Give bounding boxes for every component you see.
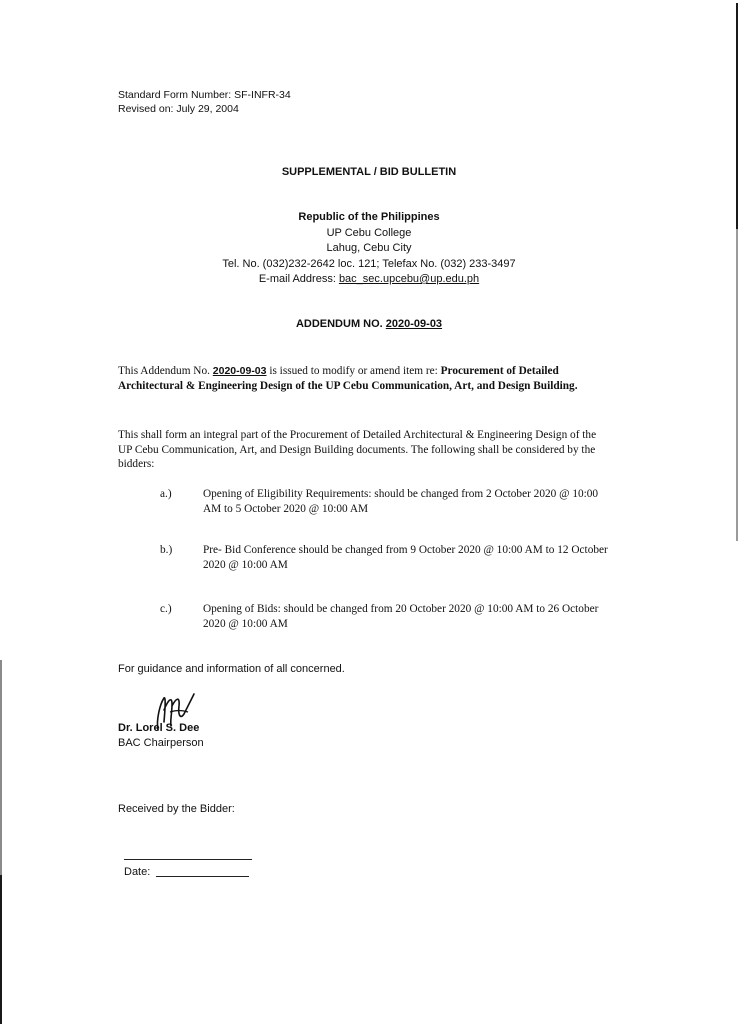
list-marker: a.)	[160, 487, 172, 502]
list-item-text: Opening of Bids: should be changed from …	[203, 602, 613, 631]
addendum-number: 2020-09-03	[386, 318, 442, 330]
agency-phone: Tel. No. (032)232-2642 loc. 121; Telefax…	[0, 257, 738, 273]
signatory-name: Dr. Lorel S. Dee	[118, 721, 204, 736]
date-line	[156, 876, 249, 877]
bulletin-title: SUPPLEMENTAL / BID BULLETIN	[0, 166, 738, 178]
list-item-text: Opening of Eligibility Requirements: sho…	[203, 487, 613, 516]
integral-part-paragraph: This shall form an integral part of the …	[118, 428, 608, 472]
paragraph1-lead: This Addendum No.	[118, 365, 213, 377]
list-item-text: Pre- Bid Conference should be changed fr…	[203, 543, 613, 572]
addendum-title: ADDENDUM NO. 2020-09-03	[0, 318, 738, 330]
received-by-label: Received by the Bidder:	[118, 803, 235, 815]
paragraph1-middle: is issued to modify or amend item re:	[267, 365, 441, 377]
agency-header: Republic of the Philippines UP Cebu Coll…	[0, 210, 738, 288]
paragraph1-addendum-number: 2020-09-03	[213, 365, 267, 377]
signatory-block: Dr. Lorel S. Dee BAC Chairperson	[118, 721, 204, 751]
date-label: Date:	[124, 866, 150, 878]
bidder-signature-line	[124, 859, 252, 860]
addendum-title-prefix: ADDENDUM NO.	[296, 318, 386, 330]
email-link[interactable]: bac_sec.upcebu@up.edu.ph	[339, 273, 479, 285]
agency-institution: UP Cebu College	[0, 226, 738, 242]
form-metadata: Standard Form Number: SF-INFR-34 Revised…	[118, 88, 291, 116]
list-marker: b.)	[160, 543, 172, 558]
scan-edge-left-light	[0, 660, 2, 875]
form-number: Standard Form Number: SF-INFR-34	[118, 88, 291, 102]
list-marker: c.)	[160, 602, 172, 617]
revision-date: Revised on: July 29, 2004	[118, 102, 291, 116]
closing-statement: For guidance and information of all conc…	[118, 663, 345, 675]
signatory-title: BAC Chairperson	[118, 736, 204, 751]
addendum-purpose-paragraph: This Addendum No. 2020-09-03 is issued t…	[118, 364, 608, 393]
agency-address: Lahug, Cebu City	[0, 241, 738, 257]
agency-country: Republic of the Philippines	[0, 210, 738, 226]
scan-edge-left-dark	[0, 875, 2, 1024]
agency-email-row: E-mail Address: bac_sec.upcebu@up.edu.ph	[0, 272, 738, 288]
email-label: E-mail Address:	[259, 273, 339, 285]
